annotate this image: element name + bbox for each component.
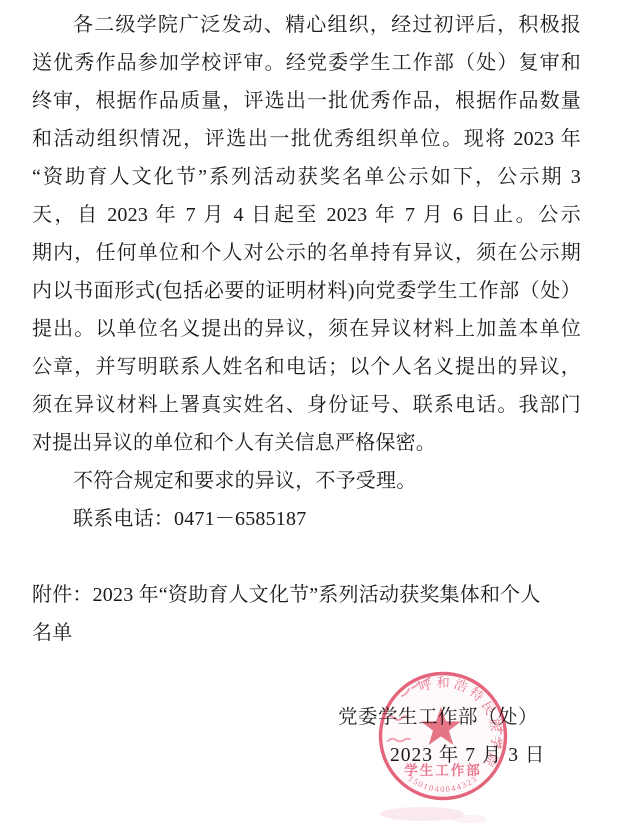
body-line: 和活动组织情况，评选出一批优秀组织单位。现将 2023 年	[32, 120, 581, 158]
seal-serial-number: 1501040044323	[407, 773, 480, 794]
document-page: 各二级学院广泛发动、精心组织，经过初评后，积极报 送优秀作品参加学校评审。经党委…	[0, 0, 619, 827]
signature-date: 2023 年 7 月 3 日	[390, 739, 545, 767]
body-line: 提出。以单位名义提出的异议，须在异议材料上加盖本单位	[32, 310, 581, 348]
blank-line	[32, 538, 581, 576]
seal-ink-smudge	[380, 807, 464, 821]
svg-text:1501040044323: 1501040044323	[407, 773, 480, 794]
body-line: 终审，根据作品质量，评选出一批优秀作品，根据作品数量	[32, 82, 581, 120]
body-line: 期内，任何单位和个人对公示的名单持有异议，须在公示期	[32, 234, 581, 272]
contact-phone-line: 联系电话：0471－6585187	[32, 500, 581, 538]
body-line: “资助育人文化节”系列活动获奖名单公示如下，公示期 3	[32, 158, 581, 196]
body-line: 内以书面形式(包括必要的证明材料)向党委学生工作部（处）	[32, 272, 581, 310]
seal-ring	[381, 674, 506, 799]
body-line: 对提出异议的单位和个人有关信息严格保密。	[32, 424, 581, 462]
body-line: 公章，并写明联系人姓名和电话；以个人名义提出的异议，	[32, 348, 581, 386]
body-line: 天，自 2023 年 7 月 4 日起至 2023 年 7 月 6 日止。公示	[32, 196, 581, 234]
rejection-note-line: 不符合规定和要求的异议，不予受理。	[32, 462, 581, 500]
body-line: 须在异议材料上署真实姓名、身份证号、联系电话。我部门	[32, 386, 581, 424]
signature-department: 党委学生工作部（处）	[338, 701, 538, 729]
seal-ink-smudge	[451, 815, 487, 823]
body-text: 各二级学院广泛发动、精心组织，经过初评后，积极报 送优秀作品参加学校评审。经党委…	[32, 6, 581, 652]
body-line: 各二级学院广泛发动、精心组织，经过初评后，积极报	[32, 6, 581, 44]
attachment-line: 附件：2023 年“资助育人文化节”系列活动获奖集体和个人	[32, 576, 581, 614]
attachment-line: 名单	[32, 614, 581, 652]
body-line: 送优秀作品参加学校评审。经党委学生工作部（处）复审和	[32, 44, 581, 82]
